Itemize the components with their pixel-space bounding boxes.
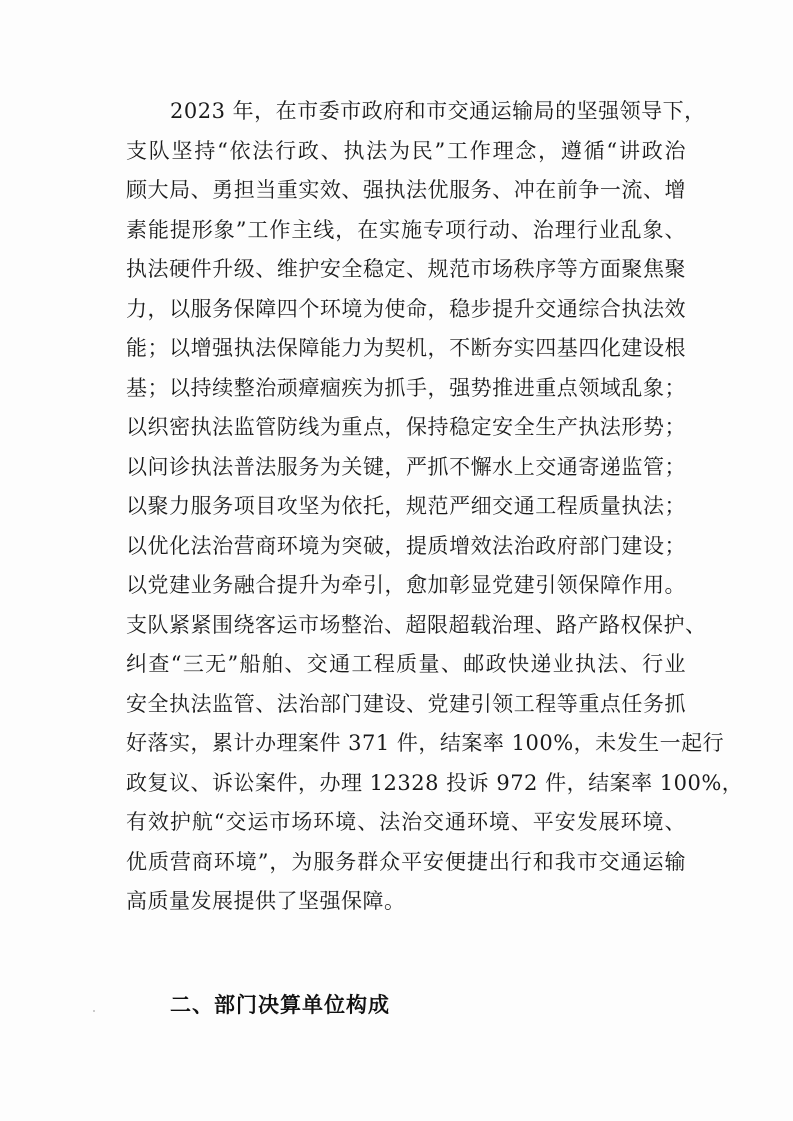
paragraph-line-3: 顾大局、勇担当重实效、强执法优服务、冲在前争一流、增 — [126, 178, 686, 202]
paragraph-line-10: 以问诊执法普法服务为关键，严抓不懈水上交通寄递监管； — [126, 455, 686, 479]
paragraph-line-12: 以优化法治营商环境为突破，提质增效法治政府部门建设； — [126, 534, 686, 558]
document-page: 2023 年，在市委市政府和市交通运输局的坚强领导下， 支队坚持“依法行政、执法… — [0, 0, 793, 1121]
paragraph-line-2: 支队坚持“依法行政、执法为民”工作理念，遵循“讲政治 — [126, 139, 686, 163]
paragraph-line-7: 能；以增强执法保障能力为契机，不断夯实四基四化建设根 — [126, 336, 686, 360]
section-heading: 二、部门决算单位构成 — [170, 993, 390, 1017]
paragraph-line-16: 安全执法监管、法治部门建设、党建引领工程等重点任务抓 — [126, 692, 686, 716]
paragraph-line-13: 以党建业务融合提升为牵引，愈加彰显党建引领保障作用。 — [126, 573, 686, 597]
paragraph-line-15: 纠查“三无”船舶、交通工程质量、邮政快递业执法、行业 — [126, 652, 686, 676]
paragraph-line-4: 素能提形象”工作主线，在实施专项行动、治理行业乱象、 — [126, 218, 686, 242]
paragraph-line-1: 2023 年，在市委市政府和市交通运输局的坚强领导下， — [170, 99, 686, 123]
paragraph-line-19: 有效护航“交运市场环境、法治交通环境、平安发展环境、 — [126, 810, 686, 834]
paragraph-line-21: 高质量发展提供了坚强保障。 — [126, 889, 686, 913]
paragraph-line-14: 支队紧紧围绕客运市场整治、超限超载治理、路产路权保护、 — [126, 613, 686, 637]
paragraph-line-8: 基；以持续整治顽瘴痼疾为抓手，强势推进重点领域乱象； — [126, 376, 686, 400]
paragraph-line-5: 执法硬件升级、维护安全稳定、规范市场秩序等方面聚焦聚 — [126, 257, 686, 281]
scan-speck — [93, 1010, 95, 1012]
paragraph-line-20: 优质营商环境”，为服务群众平安便捷出行和我市交通运输 — [126, 850, 686, 874]
paragraph-line-17: 好落实，累计办理案件 371 件，结案率 100%，未发生一起行 — [126, 731, 686, 755]
paragraph-line-11: 以聚力服务项目攻坚为依托，规范严细交通工程质量执法； — [126, 494, 686, 518]
paragraph-line-9: 以织密执法监管防线为重点，保持稳定安全生产执法形势； — [126, 415, 686, 439]
paragraph-line-6: 力，以服务保障四个环境为使命，稳步提升交通综合执法效 — [126, 297, 686, 321]
paragraph-line-18: 政复议、诉讼案件，办理 12328 投诉 972 件，结案率 100%， — [126, 771, 686, 795]
